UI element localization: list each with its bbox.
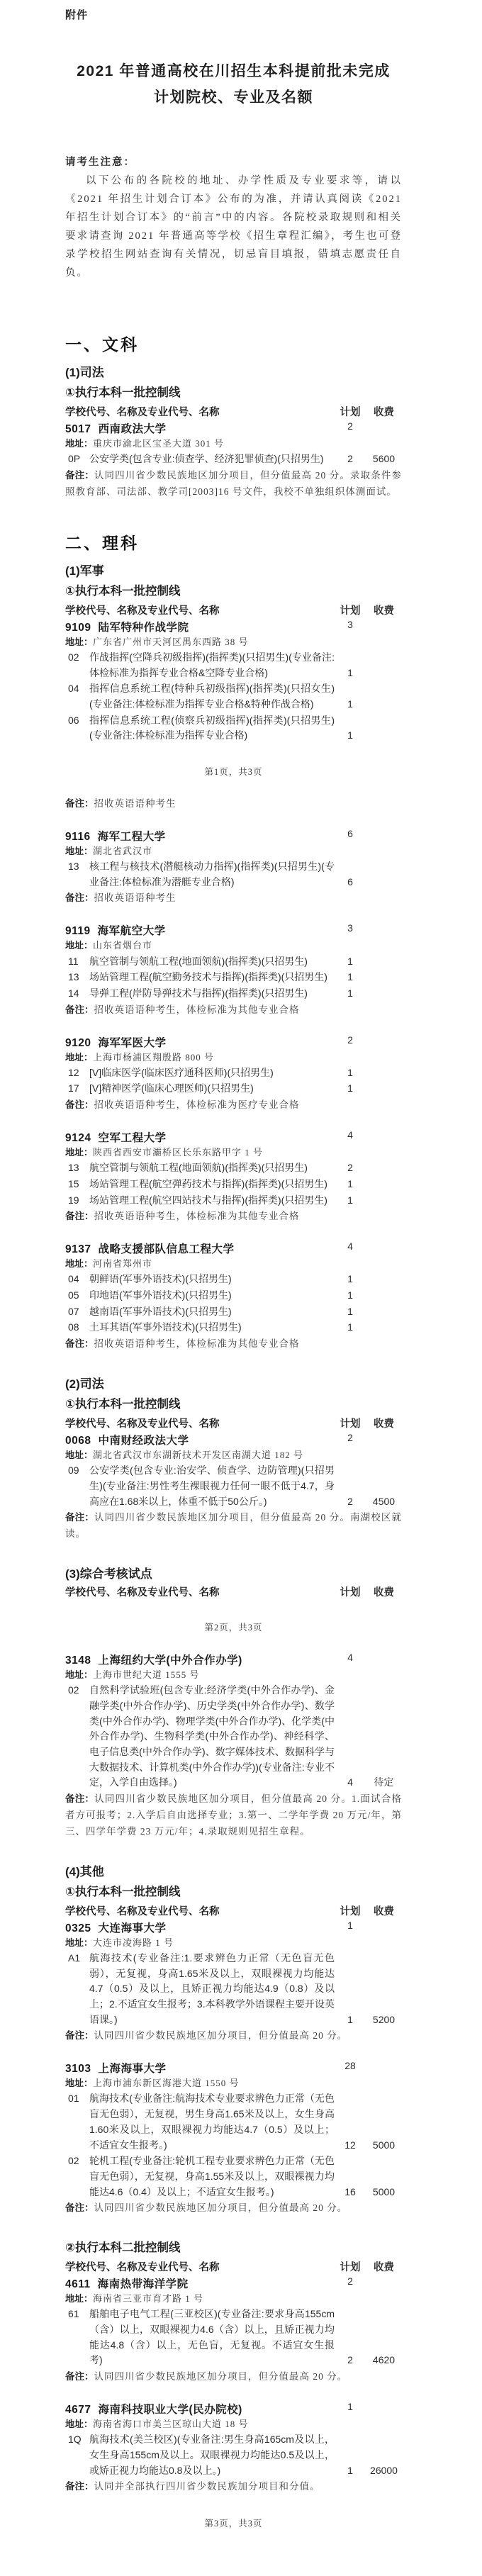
note-row: 备注：认同四川省少数民族地区加分项目，但分值最高 20 分。录取条件参照教育部、… (65, 468, 402, 500)
plan-fee-columns: 计划收费 (335, 1416, 402, 1430)
plan-fee-columns: 1 (335, 970, 402, 985)
major-text: 轮机工程(专业备注:轮机工程专业要求辨色力正常（无色盲无色弱），无复视，身高1.… (89, 2154, 335, 2200)
plan-fee-columns: 1 (335, 1177, 402, 1192)
plan-value: 1 (335, 1177, 366, 1192)
plan-value: 2 (335, 2353, 366, 2368)
plan-column-header: 计划 (335, 1903, 366, 1918)
school-title: 9137战略支援部队信息工程大学 (65, 1241, 335, 1256)
major-code: 07 (65, 1304, 89, 1320)
note-text: 认同四川省少数民族地区加分项目，但分值最高 20 分。 (94, 2202, 348, 2213)
major-text: 船舶电子电气工程(三亚校区)(专业备注:要求身高155cm（含）以上，双眼裸视力… (89, 2307, 335, 2368)
note-row: 备注：招收英语语种考生，体检标准为其他专业合格 (65, 1209, 402, 1225)
plan-value: 1 (335, 728, 366, 744)
column-name-header: 学校代号、名称及专业代号、名称 (65, 404, 335, 419)
batch-heading: ①执行本科一批控制线 (65, 383, 402, 400)
major-row: 61船舶电子电气工程(三亚校区)(专业备注:要求身高155cm（含）以上，双眼裸… (65, 2307, 402, 2368)
plan-value: 3 (335, 619, 366, 630)
plan-fee-columns: 28 (335, 2060, 402, 2076)
plan-fee-columns: 165000 (335, 2154, 402, 2200)
plan-fee-columns: 1 (335, 681, 402, 712)
table-header-row: 学校代号、名称及专业代号、名称计划收费 (65, 603, 402, 617)
major-code: 08 (65, 1320, 89, 1335)
major-code: 13 (65, 859, 89, 890)
major-code: 01 (65, 2091, 89, 2153)
major-code: 02 (65, 2154, 89, 2200)
school-row: 9116海军工程大学6 (65, 828, 402, 844)
school-name: 陆军特种作战学院 (98, 622, 189, 634)
school-code: 3148 (65, 1654, 91, 1667)
address-label: 地址： (65, 1052, 93, 1063)
plan-fee-columns: 25600 (335, 452, 402, 467)
note-row: 备注：认同并全部执行四川省少数民族加分项目和分值。 (65, 2479, 402, 2495)
school-row: 9137战略支援部队信息工程大学4 (65, 1241, 402, 1256)
major-text: 导弹工程(岸防导弹技术与指挥)(指挥类)(只招男生) (89, 986, 335, 1002)
fee-column-header: 收费 (366, 404, 402, 419)
plan-value: 2 (335, 2275, 366, 2287)
major-code: 09 (65, 1463, 89, 1509)
fee-value: 5000 (366, 2185, 402, 2200)
plan-value: 4 (335, 1775, 366, 1791)
plan-fee-columns: 1 (335, 1288, 402, 1304)
address-row: 地址：河南省郑州市 (65, 1257, 402, 1271)
column-name-header: 学校代号、名称及专业代号、名称 (65, 1416, 335, 1430)
table-header-row: 学校代号、名称及专业代号、名称计划收费 (65, 2259, 402, 2274)
address-text: 上海市世纪大道 1555 号 (93, 1669, 200, 1680)
note-text: 认同四川省少数民族地区加分项目，但分值最高 20 分。 (94, 2030, 348, 2041)
column-name-header: 学校代号、名称及专业代号、名称 (65, 603, 335, 617)
plan-fee-columns: 计划收费 (335, 1903, 402, 1918)
address-row: 地址：重庆市渝北区宝圣大道 301 号 (65, 437, 402, 451)
plan-fee-columns: 计划收费 (335, 603, 402, 617)
school-row: 4611海南热带海洋学院2 (65, 2275, 402, 2291)
major-text: 公安学类(包含专业:侦查学、经济犯罪侦查)(只招男生) (89, 452, 335, 467)
plan-fee-columns: 126000 (335, 2432, 402, 2478)
school-row: 9119海军航空大学3 (65, 922, 402, 938)
note-row: 备注：认同四川省少数民族地区加分项目，但分值最高 20 分。 (65, 2200, 402, 2217)
major-text: 航海技术(专业备注:航海技术专业要求辨色力正常（无色盲无色弱），无复视，男生身高… (89, 2091, 335, 2153)
school-name: 空军工程大学 (98, 1132, 166, 1144)
school-title: 5017西南政法大学 (65, 420, 335, 436)
plan-fee-columns: 1 (335, 986, 402, 1002)
plan-value: 1 (335, 954, 366, 970)
note-text: 招收英语语种考生，体检标准为医疗专业合格 (94, 1099, 300, 1110)
major-row: 02作战指挥(空降兵初级指挥)(指挥类)(只招男生)(专业备注:体检标准为指挥专… (65, 650, 402, 681)
plan-value: 1 (335, 1193, 366, 1209)
column-name-header: 学校代号、名称及专业代号、名称 (65, 1903, 335, 1918)
major-text: 朝鲜语(军事外语技术)(只招男生) (89, 1272, 335, 1287)
address-row: 地址：海南省三亚市育才路 1 号 (65, 2292, 402, 2306)
note-text: 招收英语语种考生 (94, 798, 176, 809)
plan-value: 1 (335, 2401, 366, 2412)
major-text: 指挥信息系统工程(侦察兵初级指挥)(指挥类)(只招男生)(专业备注:体检标准为指… (89, 713, 335, 744)
plan-value: 12 (335, 2138, 366, 2154)
plan-value: 16 (335, 2185, 366, 2200)
plan-fee-columns: 4待定 (335, 1683, 402, 1791)
batch-heading: ①执行本科一批控制线 (65, 1882, 402, 1899)
document-page: 附件 2021 年普通高校在川招生本科提前批未完成计划院校、专业及名额 请考生注… (0, 0, 482, 2576)
table-header-row: 学校代号、名称及专业代号、名称计划收费 (65, 1903, 402, 1918)
school-code: 5017 (65, 423, 91, 435)
school-name: 战略支援部队信息工程大学 (98, 1243, 234, 1255)
school-code: 4611 (65, 2278, 91, 2290)
major-row: 15场站管理工程(航空弹药技术与指挥)(指挥类)(只招男生)1 (65, 1177, 402, 1192)
column-name-header: 学校代号、名称及专业代号、名称 (65, 2259, 335, 2274)
school-row: 4677海南科技职业大学(民办院校)1 (65, 2401, 402, 2417)
plan-fee-columns: 4 (335, 1241, 402, 1256)
major-code: 19 (65, 1193, 89, 1209)
plan-value: 2 (335, 1034, 366, 1046)
plan-fee-columns: 6 (335, 859, 402, 890)
note-label: 备注： (65, 1793, 94, 1804)
plan-fee-columns: 24620 (335, 2307, 402, 2368)
major-row: 14导弹工程(岸防导弹技术与指挥)(指挥类)(只招男生)1 (65, 986, 402, 1002)
address-label: 地址： (65, 2419, 93, 2429)
note-label: 备注： (65, 1512, 94, 1523)
major-row: 11航空管制与领航工程(地面领航)(指挥类)(只招男生)1 (65, 954, 402, 970)
plan-value: 28 (335, 2060, 366, 2071)
school-row: 3103上海海事大学28 (65, 2060, 402, 2076)
major-code: 04 (65, 1272, 89, 1287)
school-row: 3148上海纽约大学(中外合作办学)4 (65, 1652, 402, 1667)
fee-column-header: 收费 (366, 603, 402, 617)
school-row: 9109陆军特种作战学院3 (65, 619, 402, 634)
major-code: 14 (65, 986, 89, 1002)
major-row: 0P公安学类(包含专业:侦查学、经济犯罪侦查)(只招男生)25600 (65, 452, 402, 467)
note-row: 备注：认同四川省少数民族地区加分项目，但分值最高 20 分。1.面试合格者方可报… (65, 1791, 402, 1840)
major-row: 05印地语(军事外语技术)(只招男生)1 (65, 1288, 402, 1304)
blocks: 一、文科(1)司法①执行本科一批控制线学校代号、名称及专业代号、名称计划收费50… (65, 332, 402, 2529)
school-title: 9119海军航空大学 (65, 922, 335, 938)
major-text: 场站管理工程(航空四站技术与指挥)(指挥类)(只招男生) (89, 1193, 335, 1209)
plan-fee-columns: 1 (335, 1193, 402, 1209)
notice-paragraph: 以下公布的各院校的地址、办学性质及专业要求等，请以《2021 年招生计划合订本》… (65, 172, 402, 283)
table-header-row: 学校代号、名称及专业代号、名称计划收费 (65, 1416, 402, 1430)
school-name: 海军工程大学 (98, 831, 166, 843)
fee-value: 26000 (366, 2463, 402, 2479)
plan-fee-columns: 计划收费 (335, 2259, 402, 2274)
address-row: 地址：海南省海口市美兰区琼山大道 18 号 (65, 2417, 402, 2431)
major-text: 指挥信息系统工程(特种兵初级指挥)(指挥类)(只招女生)(专业备注:体检标准为指… (89, 681, 335, 712)
address-row: 地址：大连市凌海路 1 号 (65, 1936, 402, 1950)
school-code: 9120 (65, 1037, 91, 1049)
plan-fee-columns: 2 (335, 1034, 402, 1050)
plan-column-header: 计划 (335, 603, 366, 617)
plan-fee-columns: 4 (335, 1129, 402, 1145)
plan-fee-columns: 3 (335, 922, 402, 938)
major-text: 航空管制与领航工程(地面领航)(指挥类)(只招男生) (89, 954, 335, 970)
school-code: 9119 (65, 925, 91, 937)
school-name: 海军航空大学 (98, 925, 166, 937)
major-row: 1Q航海技术(美兰校区)(专业备注:男生身高165cm及以上，女生身高155cm… (65, 2432, 402, 2478)
note-label: 备注： (65, 798, 94, 809)
note-label: 备注： (65, 2371, 94, 2382)
plan-value: 1 (335, 2463, 366, 2479)
major-code: 13 (65, 1160, 89, 1176)
address-row: 地址：湖北省武汉市 (65, 844, 402, 858)
school-code: 4677 (65, 2404, 91, 2416)
section-heading: 一、文科 (65, 332, 402, 355)
major-row: 02自然科学试验班(包含专业:经济学类(中外合作办学)、金融学类(中外合作办学)… (65, 1683, 402, 1791)
school-code: 3103 (65, 2063, 91, 2075)
major-code: A1 (65, 1951, 89, 2027)
note-row: 备注：招收英语语种考生 (65, 890, 402, 907)
note-text: 认同四川省少数民族地区加分项目，但分值最高 20 分。录取条件参照教育部、司法部… (65, 470, 402, 497)
plan-fee-columns: 1 (335, 1920, 402, 1935)
plan-fee-columns: 1 (335, 1081, 402, 1097)
address-label: 地址： (65, 438, 93, 449)
major-text: 印地语(军事外语技术)(只招男生) (89, 1288, 335, 1304)
note-text: 认同并全部执行四川省少数民族加分项目和分值。 (94, 2481, 320, 2492)
major-text: 作战指挥(空降兵初级指挥)(指挥类)(只招男生)(专业备注:体检标准为指挥专业合… (89, 650, 335, 681)
major-code: 02 (65, 650, 89, 681)
note-row: 备注：招收英语语种考生，体检标准为其他专业合格 (65, 1336, 402, 1353)
note-label: 备注： (65, 1004, 94, 1015)
address-row: 地址：陕西省西安市灞桥区长乐东路甲字 1 号 (65, 1146, 402, 1160)
school-code: 9137 (65, 1243, 91, 1255)
plan-value: 4 (335, 1652, 366, 1663)
address-row: 地址：上海市浦东新区海港大道 1550 号 (65, 2076, 402, 2090)
page-marker: 第3页，共3页 (65, 2516, 402, 2529)
address-label: 地址： (65, 846, 93, 856)
note-label: 备注： (65, 2481, 94, 2492)
address-label: 地址： (65, 1450, 93, 1460)
major-row: 17[V]精神医学(临床心理医师)(只招男生)1 (65, 1081, 402, 1097)
plan-value: 1 (335, 666, 366, 681)
address-label: 地址： (65, 1147, 93, 1158)
major-code: 05 (65, 1288, 89, 1304)
plan-value: 1 (335, 1081, 366, 1097)
plan-value: 1 (335, 970, 366, 985)
major-text: 核工程与核技术(潜艇核动力指挥)(指挥类)(只招男生)(专业备注:体检标准为潜艇… (89, 859, 335, 890)
school-title: 9120海军军医大学 (65, 1034, 335, 1050)
address-text: 上海市杨浦区翔殷路 800 号 (93, 1052, 214, 1063)
major-row: 08土耳其语(军事外语技术)(只招男生)1 (65, 1320, 402, 1335)
major-text: 公安学类(包含专业:治安学、侦查学、边防管理)(只招男生)(专业备注:男性考生裸… (89, 1463, 335, 1509)
major-row: 02轮机工程(专业备注:轮机工程专业要求辨色力正常（无色盲无色弱），无复视，身高… (65, 2154, 402, 2200)
address-label: 地址： (65, 2078, 93, 2088)
school-row: 9124空军工程大学4 (65, 1129, 402, 1145)
note-label: 备注： (65, 2202, 94, 2213)
address-row: 地址：广东省广州市天河区禺东西路 38 号 (65, 635, 402, 649)
subsection-heading: (2)司法 (65, 1374, 402, 1391)
major-code: 11 (65, 954, 89, 970)
plan-column-header: 计划 (335, 2259, 366, 2274)
address-text: 湖北省武汉市东湖新技术开发区南湖大道 182 号 (93, 1450, 303, 1460)
address-text: 大连市凌海路 1 号 (93, 1937, 174, 1948)
major-row: 12[V]临床医学(临床医疗通科医师)(只招男生)1 (65, 1065, 402, 1081)
address-row: 地址：山东省烟台市 (65, 939, 402, 953)
attachment-label: 附件 (65, 7, 402, 22)
plan-value: 1 (335, 2012, 366, 2028)
plan-fee-columns: 计划收费 (335, 404, 402, 419)
plan-fee-columns: 1 (335, 713, 402, 744)
plan-value: 6 (335, 875, 366, 890)
school-title: 9109陆军特种作战学院 (65, 619, 335, 634)
plan-value: 1 (335, 986, 366, 1002)
address-text: 河南省郑州市 (93, 1258, 152, 1269)
school-row: 0325大连海事大学1 (65, 1920, 402, 1935)
address-text: 陕西省西安市灞桥区长乐东路甲字 1 号 (93, 1147, 263, 1158)
major-row: 06指挥信息系统工程(侦察兵初级指挥)(指挥类)(只招男生)(专业备注:体检标准… (65, 713, 402, 744)
major-code: 12 (65, 1065, 89, 1081)
school-row: 0068中南财经政法大学2 (65, 1432, 402, 1447)
plan-value: 2 (335, 1494, 366, 1510)
note-row: 备注：招收英语语种考生，体检标准为其他专业合格 (65, 1002, 402, 1019)
major-text: [V]精神医学(临床心理医师)(只招男生) (89, 1081, 335, 1097)
major-code: 04 (65, 681, 89, 712)
school-name: 西南政法大学 (98, 423, 166, 435)
plan-fee-columns: 2 (335, 1432, 402, 1447)
notice-heading: 请考生注意： (65, 154, 402, 169)
note-row: 备注：招收英语语种考生，体检标准为医疗专业合格 (65, 1097, 402, 1114)
address-label: 地址： (65, 1258, 93, 1269)
address-label: 地址： (65, 2293, 93, 2304)
address-text: 海南省三亚市育才路 1 号 (93, 2293, 203, 2304)
plan-fee-columns: 1 (335, 1065, 402, 1081)
fee-column-header: 收费 (366, 2259, 402, 2274)
page-title: 2021 年普通高校在川招生本科提前批未完成计划院校、专业及名额 (69, 59, 398, 111)
note-text: 招收英语语种考生 (94, 892, 176, 903)
major-code: 61 (65, 2307, 89, 2368)
school-title: 0068中南财经政法大学 (65, 1432, 335, 1447)
school-name: 上海纽约大学(中外合作办学) (98, 1654, 242, 1667)
plan-column-header: 计划 (335, 404, 366, 419)
major-row: 13场站管理工程(航空勤务技术与指挥)(指挥类)(只招男生)1 (65, 970, 402, 985)
major-code: 13 (65, 970, 89, 985)
plan-fee-columns: 1 (335, 650, 402, 681)
plan-fee-columns: 6 (335, 828, 402, 844)
fee-column-header: 收费 (366, 1416, 402, 1430)
note-text: 认同四川省少数民族地区加分项目，但分值最高 20 分。 (94, 2371, 348, 2382)
plan-value: 4 (335, 1241, 366, 1252)
plan-value: 1 (335, 1304, 366, 1320)
major-text: 航海技术(专业备注:1.要求辨色力正常（无色盲无色弱），无复视，身高1.65米及… (89, 1951, 335, 2027)
subsection-heading: (4)其他 (65, 1861, 402, 1879)
school-code: 9124 (65, 1132, 91, 1144)
address-label: 地址： (65, 637, 93, 647)
plan-fee-columns: 1 (335, 2401, 402, 2417)
major-text: 越南语(军事外语技术)(只招男生) (89, 1304, 335, 1320)
note-label: 备注： (65, 2030, 94, 2041)
major-row: 19场站管理工程(航空四站技术与指挥)(指挥类)(只招男生)1 (65, 1193, 402, 1209)
note-text: 招收英语语种考生，体检标准为其他专业合格 (94, 1211, 300, 1221)
plan-fee-columns: 1 (335, 1304, 402, 1320)
plan-fee-columns: 3 (335, 619, 402, 634)
plan-fee-columns: 2 (335, 1160, 402, 1176)
plan-fee-columns: 24500 (335, 1463, 402, 1509)
major-text: 场站管理工程(航空勤务技术与指挥)(指挥类)(只招男生) (89, 970, 335, 985)
major-row: 13核工程与核技术(潜艇核动力指挥)(指挥类)(只招男生)(专业备注:体检标准为… (65, 859, 402, 890)
note-text: 认同四川省少数民族地区加分项目，但分值最高 20 分。1.面试合格者方可报考；2… (65, 1793, 402, 1837)
school-name: 海南科技职业大学(民办院校) (98, 2404, 242, 2416)
plan-value: 1 (335, 1920, 366, 1931)
plan-value: 3 (335, 922, 366, 934)
major-code: 06 (65, 713, 89, 744)
batch-heading: ①执行本科一批控制线 (65, 1394, 402, 1411)
note-label: 备注： (65, 892, 94, 903)
address-text: 重庆市渝北区宝圣大道 301 号 (93, 438, 224, 449)
note-row: 备注：认同四川省少数民族地区加分项目，但分值最高 20 分。 (65, 2028, 402, 2044)
batch-heading: ①执行本科一批控制线 (65, 581, 402, 598)
plan-fee-columns: 2 (335, 2275, 402, 2291)
major-text: 航海技术(美兰校区)(专业备注:男生身高165cm及以上，女生身高155cm及以… (89, 2432, 335, 2478)
plan-fee-columns: 1 (335, 1320, 402, 1335)
plan-fee-columns: 125000 (335, 2091, 402, 2153)
subsection-heading: (3)综合考核试点 (65, 1564, 402, 1581)
note-row: 备注：认同四川省少数民族地区加分项目，但分值最高 20 分。 (65, 2369, 402, 2385)
plan-value: 6 (335, 828, 366, 839)
note-row: 备注：认同四川省少数民族地区加分项目，但分值最高 20 分。南湖校区就读。 (65, 1510, 402, 1542)
major-text: [V]临床医学(临床医疗通科医师)(只招男生) (89, 1065, 335, 1081)
table-header-row: 学校代号、名称及专业代号、名称计划收费 (65, 404, 402, 419)
fee-value: 5200 (366, 2012, 402, 2028)
plan-fee-columns: 2 (335, 420, 402, 436)
major-row: 07越南语(军事外语技术)(只招男生)1 (65, 1304, 402, 1320)
plan-value: 1 (335, 1320, 366, 1335)
major-row: 04指挥信息系统工程(特种兵初级指挥)(指挥类)(只招女生)(专业备注:体检标准… (65, 681, 402, 712)
major-text: 航空管制与领航工程(地面领航)(指挥类)(只招男生) (89, 1160, 335, 1176)
school-title: 0325大连海事大学 (65, 1920, 335, 1935)
plan-fee-columns: 4 (335, 1652, 402, 1667)
school-name: 海南热带海洋学院 (98, 2278, 189, 2290)
plan-fee-columns: 计划收费 (335, 1584, 402, 1599)
plan-value: 1 (335, 1065, 366, 1081)
plan-column-header: 计划 (335, 1416, 366, 1430)
address-label: 地址： (65, 1669, 93, 1680)
batch-heading: ②执行本科二批控制线 (65, 2238, 402, 2255)
major-row: 01航海技术(专业备注:航海技术专业要求辨色力正常（无色盲无色弱），无复视，男生… (65, 2091, 402, 2153)
plan-value: 4 (335, 1129, 366, 1141)
address-row: 地址：湖北省武汉市东湖新技术开发区南湖大道 182 号 (65, 1448, 402, 1462)
note-row: 备注：招收英语语种考生 (65, 796, 402, 812)
school-code: 9116 (65, 831, 91, 843)
plan-column-header: 计划 (335, 1584, 366, 1599)
major-row: 09公安学类(包含专业:治安学、侦查学、边防管理)(只招男生)(专业备注:男性考… (65, 1463, 402, 1509)
fee-value: 5600 (366, 452, 402, 467)
plan-fee-columns: 1 (335, 954, 402, 970)
plan-value: 1 (335, 697, 366, 712)
note-label: 备注： (65, 1338, 94, 1349)
note-text: 认同四川省少数民族地区加分项目，但分值最高 20 分。南湖校区就读。 (65, 1512, 402, 1539)
fee-value: 待定 (366, 1775, 402, 1791)
address-row: 地址：上海市世纪大道 1555 号 (65, 1668, 402, 1682)
subsection-heading: (1)司法 (65, 362, 402, 380)
note-text: 招收英语语种考生，体检标准为其他专业合格 (94, 1004, 300, 1015)
address-label: 地址： (65, 940, 93, 951)
plan-value: 1 (335, 1272, 366, 1287)
column-name-header: 学校代号、名称及专业代号、名称 (65, 1584, 335, 1599)
school-code: 0325 (65, 1922, 91, 1934)
school-title: 3148上海纽约大学(中外合作办学) (65, 1652, 335, 1667)
major-code: 0P (65, 452, 89, 467)
school-name: 上海海事大学 (98, 2063, 166, 2075)
fee-column-header: 收费 (366, 1903, 402, 1918)
school-name: 海军军医大学 (98, 1037, 166, 1049)
note-text: 招收英语语种考生，体检标准为其他专业合格 (94, 1338, 300, 1349)
fee-value: 5000 (366, 2138, 402, 2154)
school-title: 4677海南科技职业大学(民办院校) (65, 2401, 335, 2417)
page-marker: 第1页，共3页 (65, 765, 402, 778)
plan-fee-columns: 15200 (335, 1951, 402, 2027)
plan-value: 2 (335, 452, 366, 467)
plan-value: 2 (335, 1160, 366, 1176)
fee-value: 4500 (366, 1494, 402, 1510)
school-code: 9109 (65, 622, 91, 634)
note-label: 备注： (65, 1211, 94, 1221)
plan-value: 2 (335, 420, 366, 432)
section-heading: 二、理科 (65, 530, 402, 554)
address-row: 地址：上海市杨浦区翔殷路 800 号 (65, 1051, 402, 1065)
